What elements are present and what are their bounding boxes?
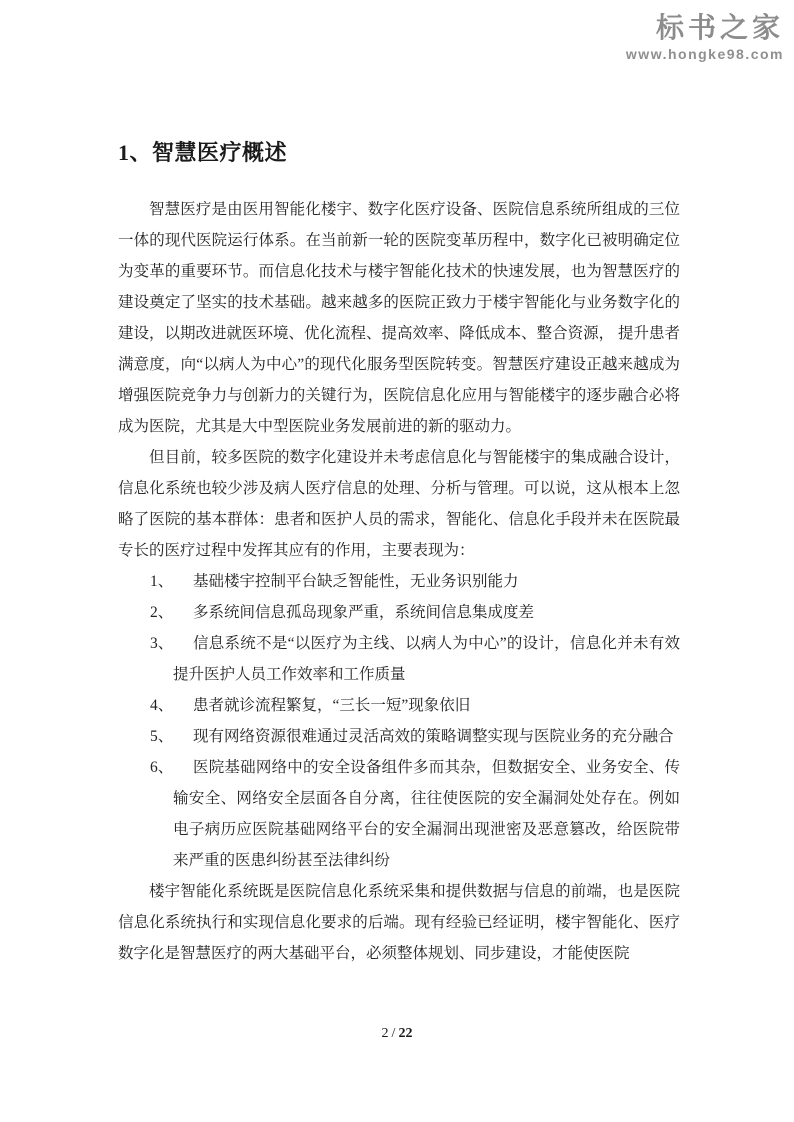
list-item-text: 医院基础网络中的安全设备组件多而其杂，但数据安全、业务安全、传输安全、网络安全层… [173,759,680,869]
numbered-list: 1、基础楼宇控制平台缺乏智能性，无业务识别能力 2、多系统间信息孤岛现象严重，系… [118,566,680,876]
paragraph: 但目前，较多医院的数字化建设并未考虑信息化与智能楼宇的集成融合设计，信息化系统也… [118,442,680,566]
paragraph: 智慧医疗是由医用智能化楼宇、数字化医疗设备、医院信息系统所组成的三位一体的现代医… [118,194,680,442]
list-item-text: 现有网络资源很难通过灵活高效的策略调整实现与医院业务的充分融合 [193,728,674,745]
watermark-url: www.hongke98.com [626,47,784,61]
list-item-number: 6、 [150,752,173,783]
watermark-brand: 标书之家 [626,14,784,42]
list-item-text: 信息系统不是“以医疗为主线、以病人为中心”的设计，信息化并未有效提升医护人员工作… [173,635,680,683]
list-item-number: 4、 [150,690,173,721]
section-heading: 1、智慧医疗概述 [118,137,680,169]
page-number-current: 2 [382,1026,389,1041]
list-item: 2、多系统间信息孤岛现象严重，系统间信息集成度差 [118,597,680,628]
list-item-text: 多系统间信息孤岛现象严重，系统间信息集成度差 [193,604,534,621]
list-item-text: 基础楼宇控制平台缺乏智能性，无业务识别能力 [193,573,519,590]
document-content: 1、智慧医疗概述 智慧医疗是由医用智能化楼宇、数字化医疗设备、医院信息系统所组成… [118,137,680,969]
document-page: 标书之家 www.hongke98.com 1、智慧医疗概述 智慧医疗是由医用智… [0,0,794,1122]
list-item: 3、信息系统不是“以医疗为主线、以病人为中心”的设计，信息化并未有效提升医护人员… [118,628,680,690]
list-item: 5、现有网络资源很难通过灵活高效的策略调整实现与医院业务的充分融合 [118,721,680,752]
list-item: 4、患者就诊流程繁复，“三长一短”现象依旧 [118,690,680,721]
list-item-number: 2、 [150,597,173,628]
paragraph: 楼宇智能化系统既是医院信息化系统采集和提供数据与信息的前端，也是医院信息化系统执… [118,876,680,969]
list-item-number: 3、 [150,628,173,659]
list-item-text: 患者就诊流程繁复，“三长一短”现象依旧 [193,697,470,714]
list-item-number: 5、 [150,721,173,752]
watermark: 标书之家 www.hongke98.com [626,14,784,61]
list-item: 1、基础楼宇控制平台缺乏智能性，无业务识别能力 [118,566,680,597]
page-number-separator: / [389,1026,399,1041]
list-item-number: 1、 [150,566,173,597]
list-item: 6、医院基础网络中的安全设备组件多而其杂，但数据安全、业务安全、传输安全、网络安… [118,752,680,876]
page-number-total: 22 [398,1026,412,1041]
page-footer: 2/22 [0,1024,794,1044]
